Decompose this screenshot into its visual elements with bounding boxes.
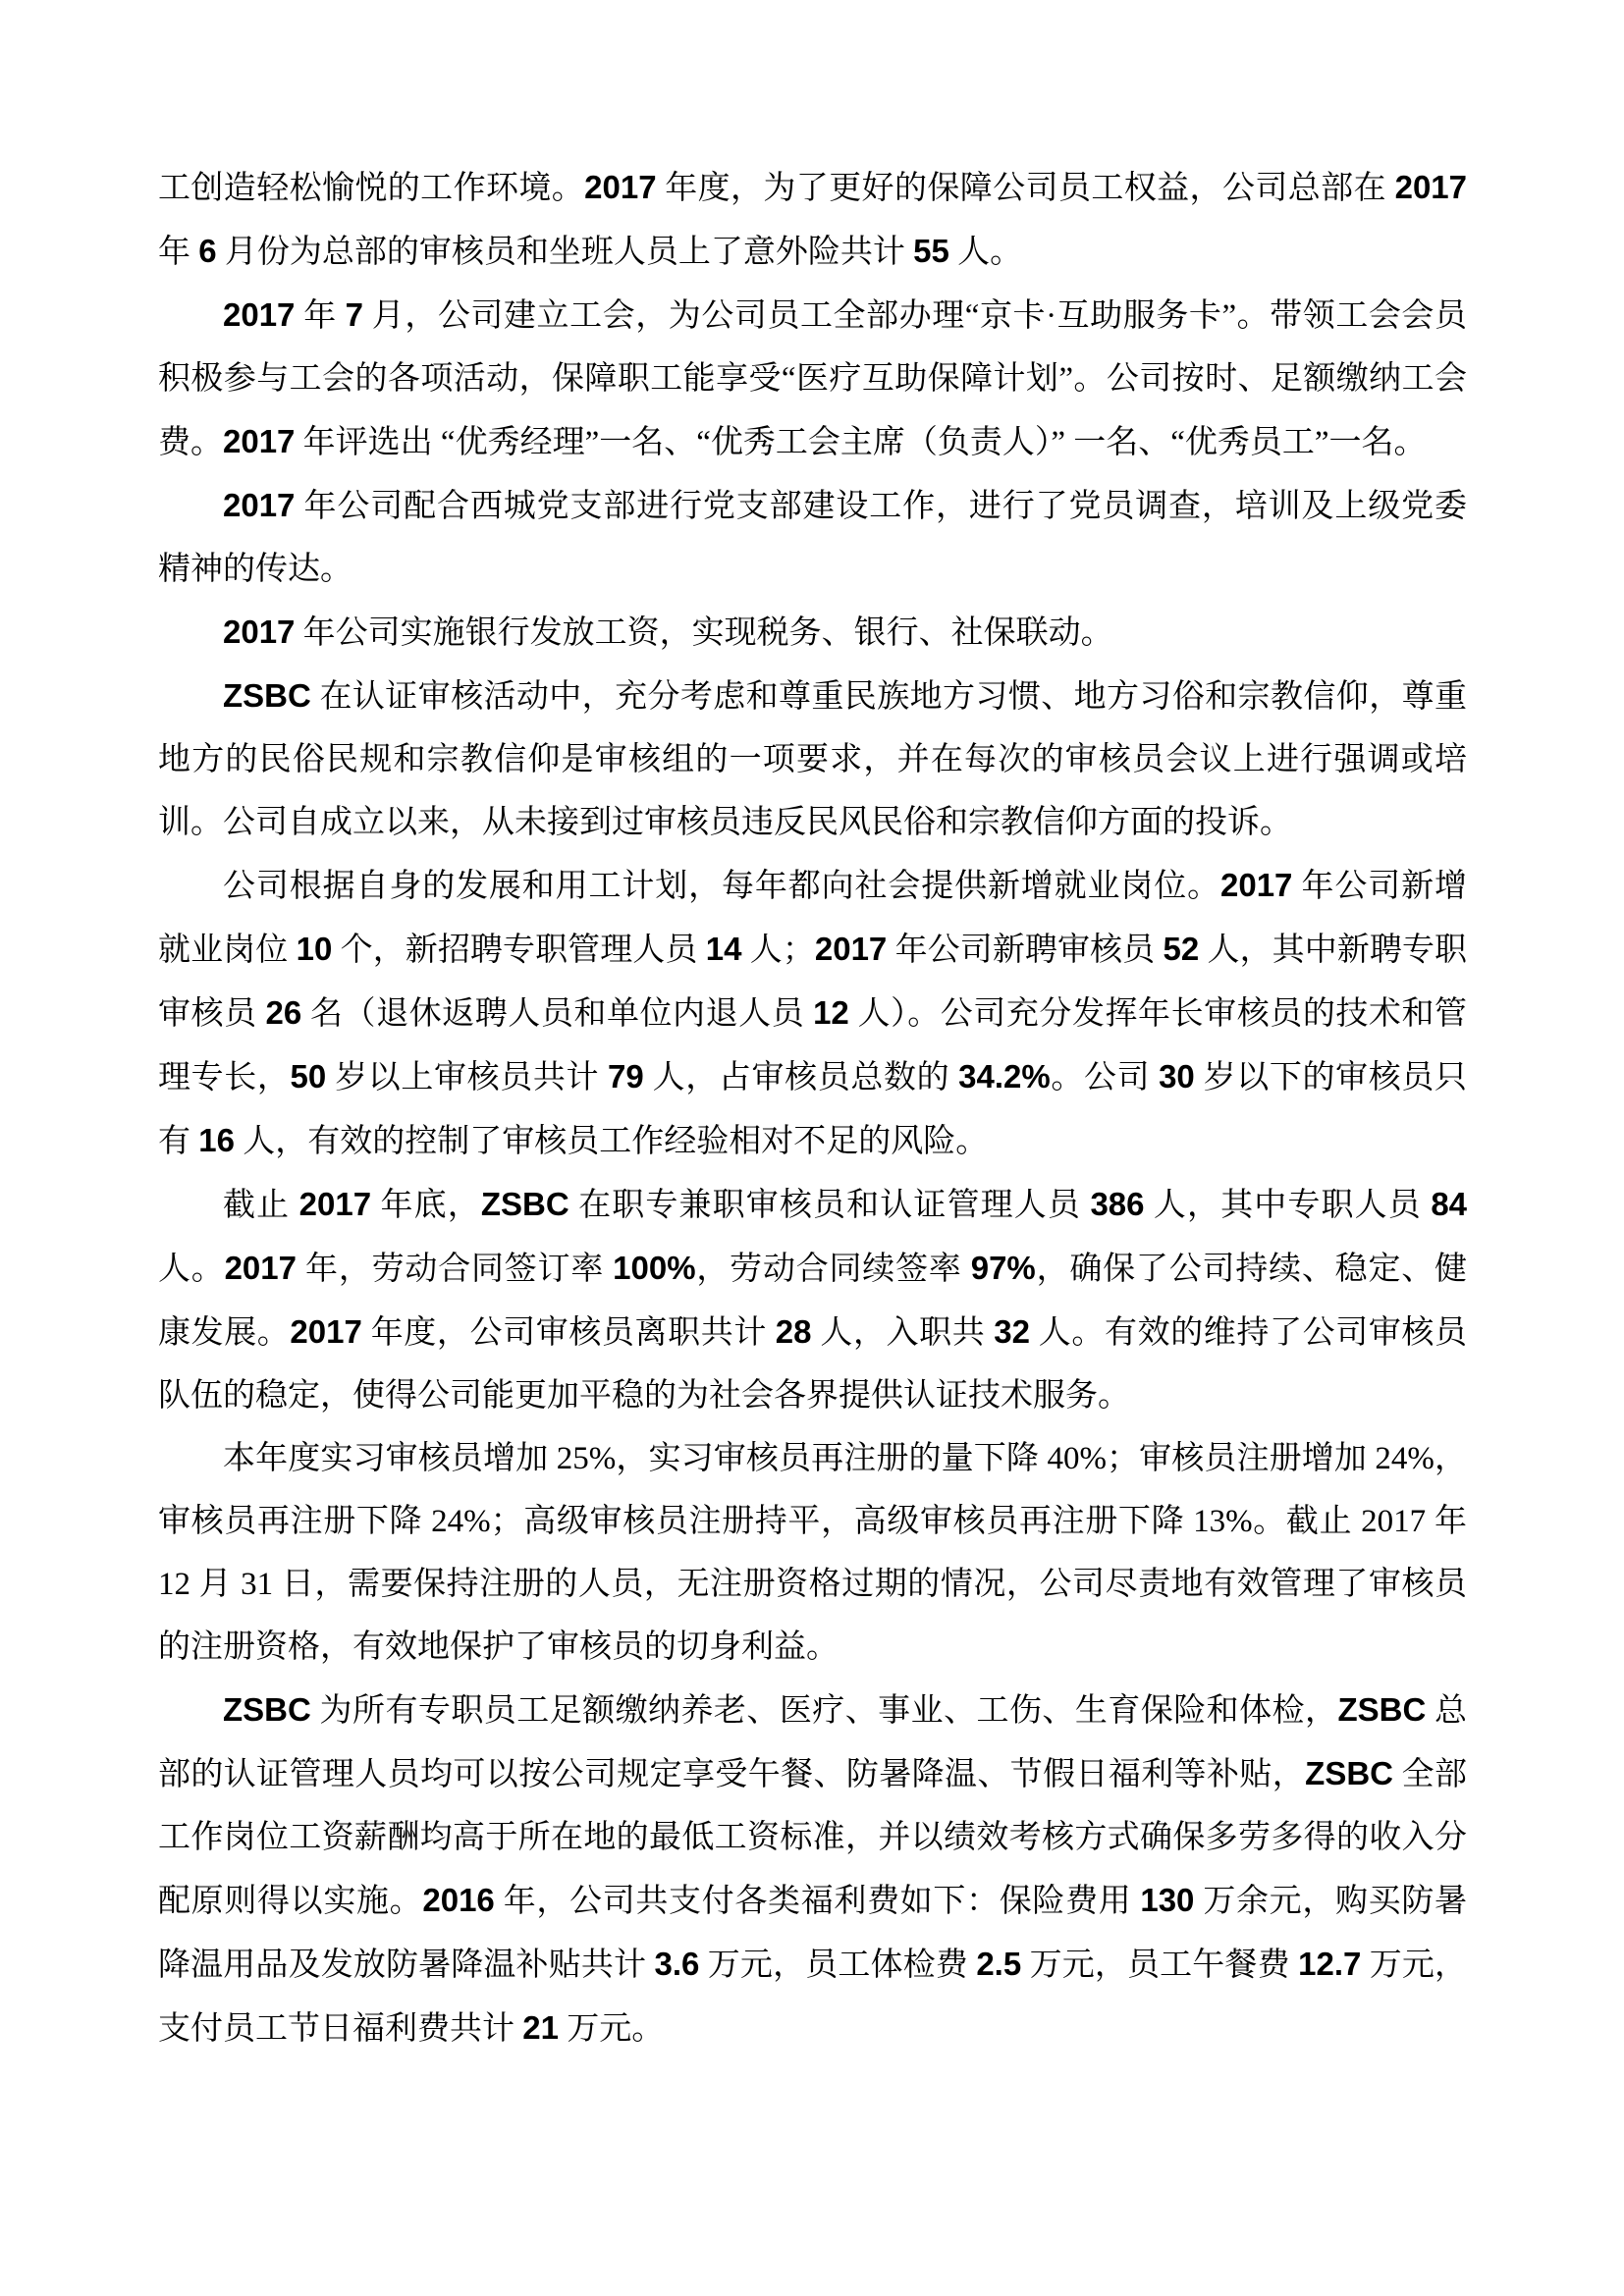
numeric-run: 2017	[1220, 867, 1292, 903]
numeric-run: 2017	[815, 931, 887, 967]
numeric-run: 2017	[223, 614, 295, 650]
paragraph: 2017 年 7 月，公司建立工会，为公司员工全部办理“京卡·互助服务卡”。带领…	[158, 284, 1467, 474]
numeric-run: 2017	[584, 169, 656, 205]
numeric-run: 26	[265, 994, 301, 1031]
numeric-run: 2016	[422, 1882, 494, 1918]
numeric-run: 100%	[613, 1250, 695, 1286]
numeric-run: 13%	[1193, 1504, 1253, 1539]
numeric-run: 3.6	[655, 1946, 700, 1982]
numeric-run: 130	[1140, 1882, 1194, 1918]
paragraph: 公司根据自身的发展和用工计划，每年都向社会提供新增就业岗位。2017 年公司新增…	[158, 854, 1467, 1173]
document-body: 工创造轻松愉悦的工作环境。2017 年度，为了更好的保障公司员工权益，公司总部在…	[158, 156, 1467, 2060]
numeric-run: 25%	[557, 1441, 617, 1476]
paragraph: 2017 年公司实施银行发放工资，实现税务、银行、社保联动。	[158, 601, 1467, 665]
numeric-run: 97%	[971, 1250, 1036, 1286]
numeric-run: 40%	[1047, 1441, 1107, 1476]
paragraph: 2017 年公司配合西城党支部进行党支部建设工作，进行了党员调查，培训及上级党委…	[158, 474, 1467, 601]
numeric-run: 50	[291, 1058, 327, 1095]
paragraph: 截止 2017 年底，ZSBC 在职专兼职审核员和认证管理人员 386 人，其中…	[158, 1173, 1467, 1427]
numeric-run: 2017	[225, 1250, 297, 1286]
paragraph: ZSBC 为所有专职员工足额缴纳养老、医疗、事业、工伤、生育保险和体检，ZSBC…	[158, 1679, 1467, 2060]
numeric-run: 30	[1159, 1058, 1195, 1095]
numeric-run: 2017	[1361, 1504, 1426, 1539]
document-page: 工创造轻松愉悦的工作环境。2017 年度，为了更好的保障公司员工权益，公司总部在…	[0, 0, 1624, 2296]
numeric-run: ZSBC	[1337, 1691, 1426, 1728]
paragraph: 本年度实习审核员增加 25%，实习审核员再注册的量下降 40%；审核员注册增加 …	[158, 1427, 1467, 1679]
numeric-run: 12	[813, 994, 849, 1031]
numeric-run: 7	[346, 296, 363, 333]
numeric-run: 12.7	[1298, 1946, 1361, 1982]
numeric-run: 24%	[431, 1504, 491, 1539]
numeric-run: 21	[522, 2009, 559, 2046]
numeric-run: 2017	[1395, 169, 1467, 205]
numeric-run: 52	[1163, 931, 1199, 967]
numeric-run: 2017	[223, 296, 295, 333]
numeric-run: 386	[1090, 1186, 1144, 1222]
numeric-run: 12	[158, 1567, 190, 1602]
numeric-run: 34.2%	[958, 1058, 1051, 1095]
numeric-run: 31	[241, 1567, 273, 1602]
numeric-run: 32	[994, 1313, 1030, 1350]
numeric-run: 14	[706, 931, 742, 967]
numeric-run: 2.5	[976, 1946, 1021, 1982]
numeric-run: ZSBC	[223, 677, 311, 714]
numeric-run: 2017	[223, 487, 295, 523]
paragraph: 工创造轻松愉悦的工作环境。2017 年度，为了更好的保障公司员工权益，公司总部在…	[158, 156, 1467, 284]
numeric-run: 84	[1431, 1186, 1467, 1222]
numeric-run: 55	[913, 233, 949, 269]
paragraph: ZSBC 在认证审核活动中，充分考虑和尊重民族地方习惯、地方习俗和宗教信仰，尊重…	[158, 665, 1467, 854]
numeric-run: 6	[198, 233, 216, 269]
numeric-run: 79	[608, 1058, 644, 1095]
numeric-run: 24%	[1375, 1441, 1435, 1476]
numeric-run: ZSBC	[1305, 1755, 1393, 1791]
numeric-run: ZSBC	[481, 1186, 569, 1222]
numeric-run: ZSBC	[223, 1691, 311, 1728]
numeric-run: 28	[776, 1313, 812, 1350]
numeric-run: 2017	[299, 1186, 371, 1222]
numeric-run: 2017	[290, 1313, 361, 1350]
numeric-run: 2017	[223, 423, 295, 459]
numeric-run: 10	[297, 931, 333, 967]
numeric-run: 16	[198, 1122, 235, 1158]
